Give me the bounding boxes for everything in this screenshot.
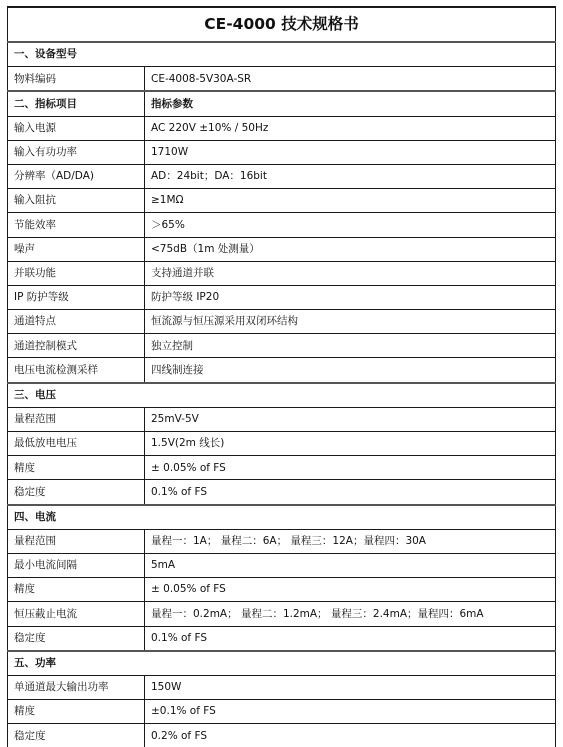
section-heading-row: 四、电流: [8, 505, 556, 530]
table-row: 通道特点恒流源与恒压源采用双闭环结构: [8, 310, 556, 334]
spec-key: 物料编码: [8, 67, 145, 92]
table-row: 输入有功功率1710W: [8, 140, 556, 164]
spec-key: 节能效率: [8, 213, 145, 237]
spec-key: 精度: [8, 700, 145, 724]
column-header-parameter: 指标参数: [145, 91, 556, 116]
spec-key: 输入电源: [8, 116, 145, 140]
spec-key: 稳定度: [8, 724, 145, 747]
table-row: 单通道最大输出功率150W: [8, 675, 556, 699]
spec-key: 精度: [8, 456, 145, 480]
spec-value: ≥1MΩ: [145, 189, 556, 213]
table-row: 最低放电电压1.5V(2m 线长): [8, 432, 556, 456]
spec-value: ± 0.05% of FS: [145, 456, 556, 480]
spec-value: ＞65%: [145, 213, 556, 237]
table-row: 分辨率（AD/DA)AD：24bit；DA：16bit: [8, 164, 556, 188]
section-heading-row: 三、电压: [8, 383, 556, 408]
spec-key: 输入阻抗: [8, 189, 145, 213]
section-heading-row: 一、设备型号: [8, 42, 556, 67]
spec-key: 稳定度: [8, 480, 145, 505]
spec-value: AC 220V ±10% / 50Hz: [145, 116, 556, 140]
table-row: 恒压截止电流量程一：0.2mA； 量程二：1.2mA； 量程三：2.4mA；量程…: [8, 602, 556, 626]
table-row: IP 防护等级防护等级 IP20: [8, 285, 556, 309]
spec-key: 电压电流检测采样: [8, 358, 145, 383]
table-row: 精度±0.1% of FS: [8, 700, 556, 724]
spec-key: 最低放电电压: [8, 432, 145, 456]
spec-key: 量程范围: [8, 529, 145, 553]
spec-key: 输入有功功率: [8, 140, 145, 164]
table-row: 电压电流检测采样四线制连接: [8, 358, 556, 383]
spec-key: 通道控制模式: [8, 334, 145, 358]
spec-sheet: CE-4000 技术规格书 一、设备型号 物料编码 CE-4008-5V30A-…: [7, 6, 556, 747]
table-row: 噪声<75dB（1m 处测量）: [8, 237, 556, 261]
spec-value: 1710W: [145, 140, 556, 164]
section-heading-device-model: 一、设备型号: [8, 42, 556, 67]
table-row: 输入电源AC 220V ±10% / 50Hz: [8, 116, 556, 140]
section-heading-power: 五、功率: [8, 651, 556, 676]
spec-key: 通道特点: [8, 310, 145, 334]
spec-value: 5mA: [145, 553, 556, 577]
spec-value: 恒流源与恒压源采用双闭环结构: [145, 310, 556, 334]
spec-value: ± 0.05% of FS: [145, 578, 556, 602]
table-row: 量程范围量程一：1A； 量程二：6A； 量程三：12A；量程四：30A: [8, 529, 556, 553]
spec-key: 最小电流间隔: [8, 553, 145, 577]
spec-key: 稳定度: [8, 626, 145, 651]
spec-value: 150W: [145, 675, 556, 699]
spec-value: AD：24bit；DA：16bit: [145, 164, 556, 188]
spec-value: 四线制连接: [145, 358, 556, 383]
spec-key: 量程范围: [8, 407, 145, 431]
table-row: 输入阻抗≥1MΩ: [8, 189, 556, 213]
spec-value: 0.1% of FS: [145, 480, 556, 505]
spec-value: 量程一：1A； 量程二：6A； 量程三：12A；量程四：30A: [145, 529, 556, 553]
spec-key: IP 防护等级: [8, 285, 145, 309]
spec-value: <75dB（1m 处测量）: [145, 237, 556, 261]
spec-value: 独立控制: [145, 334, 556, 358]
spec-value: 0.2% of FS: [145, 724, 556, 747]
spec-value: ±0.1% of FS: [145, 700, 556, 724]
section-heading-voltage: 三、电压: [8, 383, 556, 408]
table-row: 通道控制模式独立控制: [8, 334, 556, 358]
table-row: 稳定度0.1% of FS: [8, 626, 556, 651]
spec-value: 1.5V(2m 线长): [145, 432, 556, 456]
spec-value: 防护等级 IP20: [145, 285, 556, 309]
spec-value: 0.1% of FS: [145, 626, 556, 651]
title-row: CE-4000 技术规格书: [8, 7, 556, 42]
document-title: CE-4000 技术规格书: [8, 7, 556, 42]
table-row: 并联功能支持通道并联: [8, 261, 556, 285]
table-row: 物料编码 CE-4008-5V30A-SR: [8, 67, 556, 92]
spec-key: 并联功能: [8, 261, 145, 285]
table-row: 量程范围25mV-5V: [8, 407, 556, 431]
spec-value: 量程一：0.2mA； 量程二：1.2mA； 量程三：2.4mA；量程四：6mA: [145, 602, 556, 626]
spec-key: 分辨率（AD/DA): [8, 164, 145, 188]
spec-table: CE-4000 技术规格书 一、设备型号 物料编码 CE-4008-5V30A-…: [7, 6, 556, 747]
column-header-row: 二、指标项目 指标参数: [8, 91, 556, 116]
table-row: 最小电流间隔5mA: [8, 553, 556, 577]
spec-key: 单通道最大输出功率: [8, 675, 145, 699]
column-header-item: 二、指标项目: [8, 91, 145, 116]
section-heading-row: 五、功率: [8, 651, 556, 676]
table-row: 精度± 0.05% of FS: [8, 578, 556, 602]
spec-key: 恒压截止电流: [8, 602, 145, 626]
spec-value: CE-4008-5V30A-SR: [145, 67, 556, 92]
spec-key: 噪声: [8, 237, 145, 261]
table-row: 稳定度0.1% of FS: [8, 480, 556, 505]
table-row: 精度± 0.05% of FS: [8, 456, 556, 480]
table-row: 节能效率＞65%: [8, 213, 556, 237]
section-heading-current: 四、电流: [8, 505, 556, 530]
spec-key: 精度: [8, 578, 145, 602]
spec-value: 25mV-5V: [145, 407, 556, 431]
spec-value: 支持通道并联: [145, 261, 556, 285]
table-row: 稳定度0.2% of FS: [8, 724, 556, 747]
